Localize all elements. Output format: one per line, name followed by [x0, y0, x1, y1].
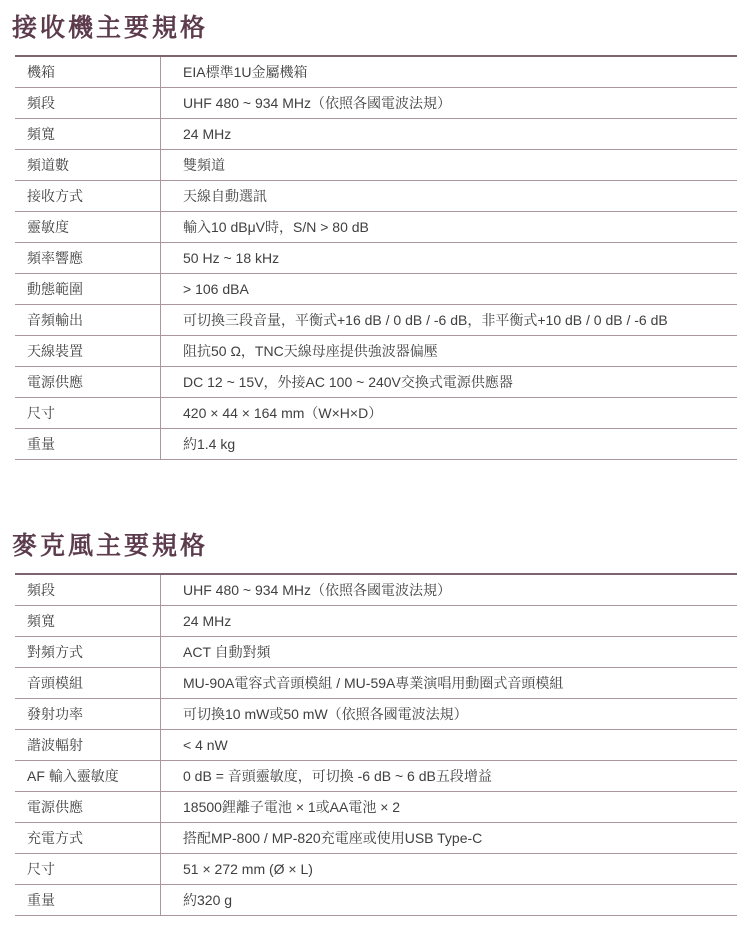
spec-value: UHF 480 ~ 934 MHz（依照各國電波法規） — [160, 575, 737, 605]
spec-row: 尺寸 51 × 272 mm (Ø × L) — [15, 854, 737, 885]
spec-label: 發射功率 — [15, 699, 160, 729]
spec-row: 尺寸 420 × 44 × 164 mm（W×H×D） — [15, 398, 737, 429]
spec-label: 頻道數 — [15, 150, 160, 180]
section-title: 麥克風主要規格 — [12, 530, 750, 562]
spec-label: 機箱 — [15, 57, 160, 87]
spec-value: ACT 自動對頻 — [160, 637, 737, 667]
spec-label: 諧波輻射 — [15, 730, 160, 760]
spec-label: 頻段 — [15, 575, 160, 605]
spec-value: 搭配MP-800 / MP-820充電座或使用USB Type-C — [160, 823, 737, 853]
spec-row: 頻寬 24 MHz — [15, 606, 737, 637]
spec-row: 音頻輸出 可切換三段音量，平衡式+16 dB / 0 dB / -6 dB，非平… — [15, 305, 737, 336]
spec-label: 電源供應 — [15, 367, 160, 397]
spec-value: 阻抗50 Ω，TNC天線母座提供強波器偏壓 — [160, 336, 737, 366]
spec-value: 約320 g — [160, 885, 737, 915]
spec-row: 頻寬 24 MHz — [15, 119, 737, 150]
spec-label: 頻率響應 — [15, 243, 160, 273]
spec-value: 雙頻道 — [160, 150, 737, 180]
spec-row: 頻道數 雙頻道 — [15, 150, 737, 181]
spec-value: 420 × 44 × 164 mm（W×H×D） — [160, 398, 737, 428]
spec-label: 音頻輸出 — [15, 305, 160, 335]
spec-label: 重量 — [15, 429, 160, 459]
spec-row: 動態範圍 > 106 dBA — [15, 274, 737, 305]
spec-label: 動態範圍 — [15, 274, 160, 304]
spec-row: 對頻方式 ACT 自動對頻 — [15, 637, 737, 668]
spec-value: EIA標準1U金屬機箱 — [160, 57, 737, 87]
spec-table: 頻段 UHF 480 ~ 934 MHz（依照各國電波法規） 頻寬 24 MHz… — [15, 573, 737, 916]
spec-value: UHF 480 ~ 934 MHz（依照各國電波法規） — [160, 88, 737, 118]
spec-value: 輸入10 dBμV時，S/N > 80 dB — [160, 212, 737, 242]
spec-value: 24 MHz — [160, 606, 737, 636]
spec-sections-container: 接收機主要規格 機箱 EIA標準1U金屬機箱 頻段 UHF 480 ~ 934 … — [0, 12, 750, 916]
spec-value: 50 Hz ~ 18 kHz — [160, 243, 737, 273]
spec-section: 接收機主要規格 機箱 EIA標準1U金屬機箱 頻段 UHF 480 ~ 934 … — [0, 12, 750, 460]
spec-document: 接收機主要規格 機箱 EIA標準1U金屬機箱 頻段 UHF 480 ~ 934 … — [0, 0, 750, 950]
spec-row: 天線裝置 阻抗50 Ω，TNC天線母座提供強波器偏壓 — [15, 336, 737, 367]
spec-value: 可切換10 mW或50 mW（依照各國電波法規） — [160, 699, 737, 729]
spec-label: 重量 — [15, 885, 160, 915]
spec-label: 頻寬 — [15, 606, 160, 636]
spec-row: 重量 約1.4 kg — [15, 429, 737, 460]
spec-label: 對頻方式 — [15, 637, 160, 667]
spec-value: MU-90A電容式音頭模組 / MU-59A專業演唱用動圈式音頭模組 — [160, 668, 737, 698]
spec-label: 天線裝置 — [15, 336, 160, 366]
spec-label: 靈敏度 — [15, 212, 160, 242]
spec-label: 充電方式 — [15, 823, 160, 853]
spec-value: DC 12 ~ 15V，外接AC 100 ~ 240V交換式電源供應器 — [160, 367, 737, 397]
spec-label: 電源供應 — [15, 792, 160, 822]
spec-label: 音頭模組 — [15, 668, 160, 698]
spec-row: 充電方式 搭配MP-800 / MP-820充電座或使用USB Type-C — [15, 823, 737, 854]
spec-value: 51 × 272 mm (Ø × L) — [160, 854, 737, 884]
spec-row: 接收方式 天線自動選訊 — [15, 181, 737, 212]
spec-value: < 4 nW — [160, 730, 737, 760]
spec-label: 尺寸 — [15, 854, 160, 884]
spec-value: 約1.4 kg — [160, 429, 737, 459]
spec-row: 發射功率 可切換10 mW或50 mW（依照各國電波法規） — [15, 699, 737, 730]
spec-table: 機箱 EIA標準1U金屬機箱 頻段 UHF 480 ~ 934 MHz（依照各國… — [15, 55, 737, 460]
spec-value: 0 dB = 音頭靈敏度，可切換 -6 dB ~ 6 dB五段增益 — [160, 761, 737, 791]
spec-row: AF 輸入靈敏度 0 dB = 音頭靈敏度，可切換 -6 dB ~ 6 dB五段… — [15, 761, 737, 792]
spec-label: 尺寸 — [15, 398, 160, 428]
spec-row: 諧波輻射 < 4 nW — [15, 730, 737, 761]
spec-row: 電源供應 DC 12 ~ 15V，外接AC 100 ~ 240V交換式電源供應器 — [15, 367, 737, 398]
spec-value: > 106 dBA — [160, 274, 737, 304]
spec-row: 靈敏度 輸入10 dBμV時，S/N > 80 dB — [15, 212, 737, 243]
spec-row: 頻段 UHF 480 ~ 934 MHz（依照各國電波法規） — [15, 88, 737, 119]
spec-value: 可切換三段音量，平衡式+16 dB / 0 dB / -6 dB，非平衡式+10… — [160, 305, 737, 335]
section-title: 接收機主要規格 — [12, 12, 750, 44]
spec-value: 天線自動選訊 — [160, 181, 737, 211]
spec-section: 麥克風主要規格 頻段 UHF 480 ~ 934 MHz（依照各國電波法規） 頻… — [0, 530, 750, 916]
spec-value: 24 MHz — [160, 119, 737, 149]
spec-row: 頻率響應 50 Hz ~ 18 kHz — [15, 243, 737, 274]
spec-row: 機箱 EIA標準1U金屬機箱 — [15, 57, 737, 88]
spec-label: 頻段 — [15, 88, 160, 118]
spec-row: 音頭模組 MU-90A電容式音頭模組 / MU-59A專業演唱用動圈式音頭模組 — [15, 668, 737, 699]
spec-label: AF 輸入靈敏度 — [15, 761, 160, 791]
spec-value: 18500鋰離子電池 × 1或AA電池 × 2 — [160, 792, 737, 822]
spec-label: 接收方式 — [15, 181, 160, 211]
spec-row: 頻段 UHF 480 ~ 934 MHz（依照各國電波法規） — [15, 575, 737, 606]
spec-label: 頻寬 — [15, 119, 160, 149]
spec-row: 重量 約320 g — [15, 885, 737, 916]
spec-row: 電源供應 18500鋰離子電池 × 1或AA電池 × 2 — [15, 792, 737, 823]
